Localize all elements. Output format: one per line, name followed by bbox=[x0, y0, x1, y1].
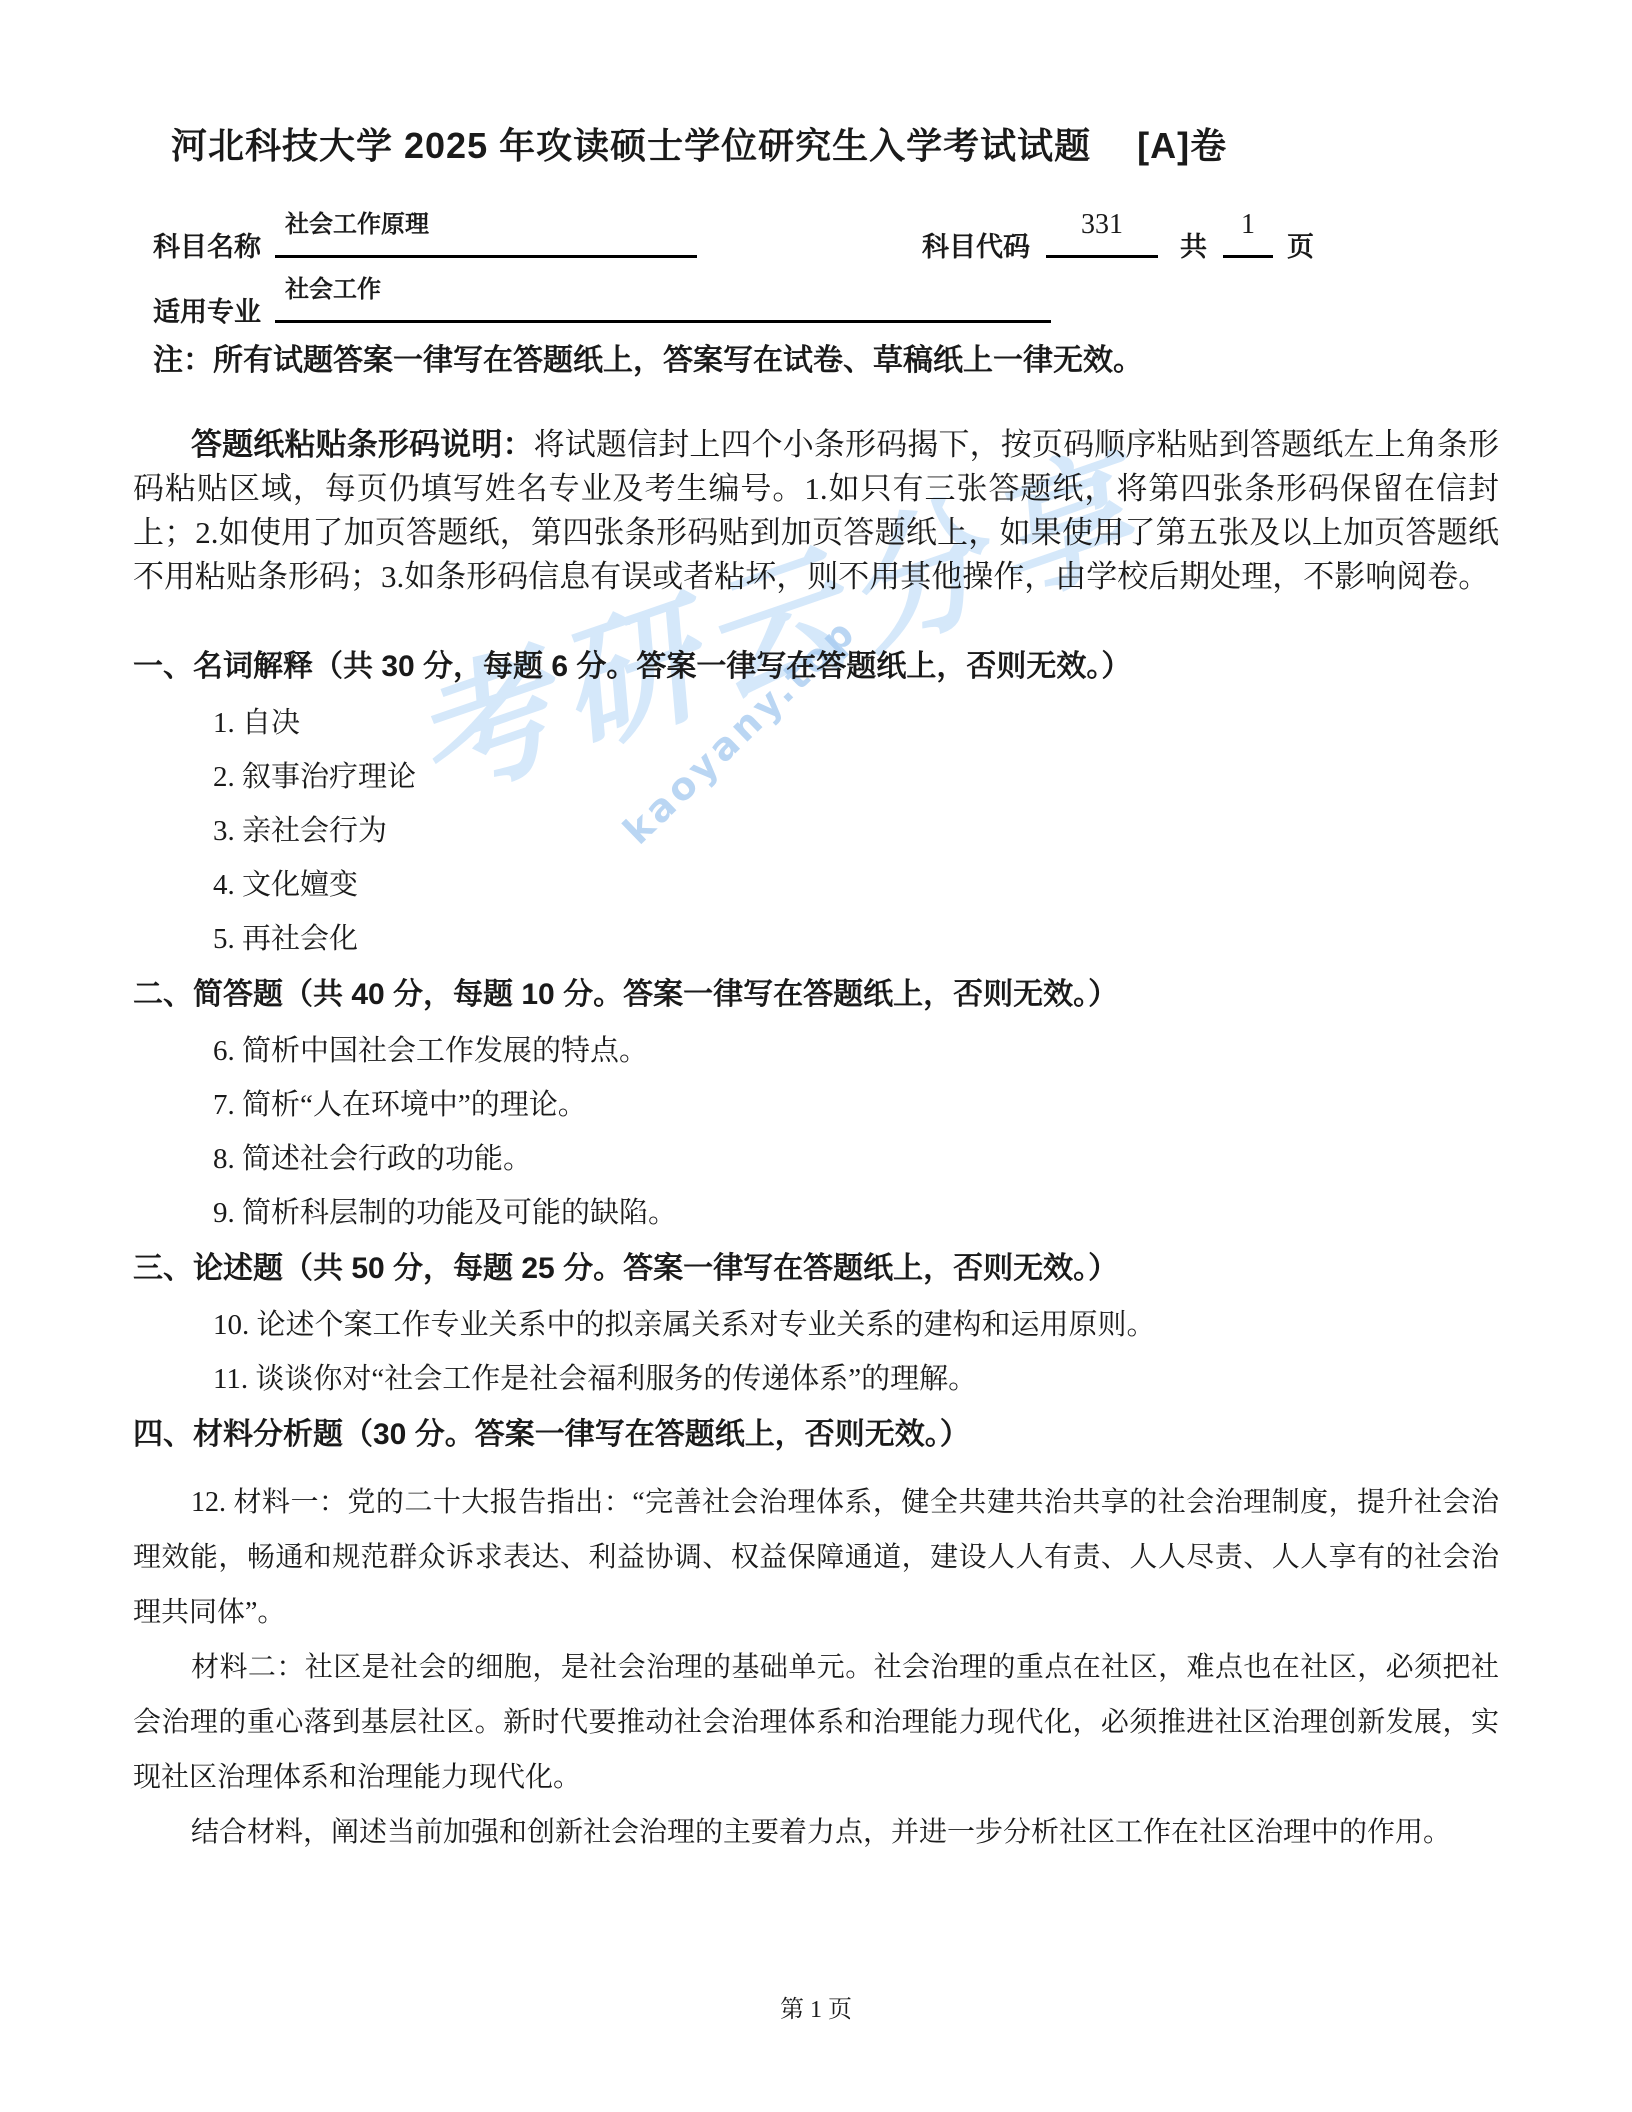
section-1-heading: 一、名词解释（共 30 分，每题 6 分。答案一律写在答题纸上，否则无效。） bbox=[133, 649, 1499, 685]
answer-sheet-note: 注：所有试题答案一律写在答题纸上，答案写在试卷、草稿纸上一律无效。 bbox=[133, 341, 1499, 381]
question-item: 1. 自决 bbox=[133, 707, 1499, 739]
question-item: 6. 简析中国社会工作发展的特点。 bbox=[133, 1035, 1499, 1067]
major-value: 社会工作 bbox=[275, 276, 1051, 323]
title-text: 河北科技大学 2025 年攻读硕士学位研究生入学考试试题 bbox=[171, 125, 1091, 166]
question-item: 8. 简述社会行政的功能。 bbox=[133, 1143, 1499, 1175]
question-item: 7. 简析“人在环境中”的理论。 bbox=[133, 1089, 1499, 1121]
subject-name-value: 社会工作原理 bbox=[275, 211, 697, 258]
question-item: 9. 简析科层制的功能及可能的缺陷。 bbox=[133, 1197, 1499, 1229]
section-3-heading: 三、论述题（共 50 分，每题 25 分。答案一律写在答题纸上，否则无效。） bbox=[133, 1251, 1499, 1287]
pages-total-label: 共 bbox=[1180, 211, 1207, 264]
section-2-short-answer: 二、简答题（共 40 分，每题 10 分。答案一律写在答题纸上，否则无效。） 6… bbox=[133, 977, 1499, 1229]
material-paragraph-2: 材料二：社区是社会的细胞，是社会治理的基础单元。社会治理的重点在社区，难点也在社… bbox=[133, 1640, 1499, 1805]
subject-code-label: 科目代码 bbox=[922, 211, 1030, 264]
page-number: 第 1 页 bbox=[0, 1989, 1632, 2024]
material-question: 结合材料，阐述当前加强和创新社会治理的主要着力点，并进一步分析社区工作在社区治理… bbox=[133, 1805, 1499, 1860]
question-item: 11. 谈谈你对“社会工作是社会福利服务的传递体系”的理解。 bbox=[133, 1363, 1499, 1395]
section-3-essay: 三、论述题（共 50 分，每题 25 分。答案一律写在答题纸上，否则无效。） 1… bbox=[133, 1251, 1499, 1395]
exam-content: 河北科技大学 2025 年攻读硕士学位研究生入学考试试题[A]卷 科目名称 社会… bbox=[133, 0, 1499, 1860]
subject-code-value: 331 bbox=[1046, 211, 1158, 258]
section-4-material-analysis: 四、材料分析题（30 分。答案一律写在答题纸上，否则无效。） 12. 材料一：党… bbox=[133, 1417, 1499, 1860]
subject-name-label: 科目名称 bbox=[153, 211, 261, 264]
major-label: 适用专业 bbox=[153, 276, 261, 329]
section-1-terms: 一、名词解释（共 30 分，每题 6 分。答案一律写在答题纸上，否则无效。） 1… bbox=[133, 649, 1499, 955]
page-title: 河北科技大学 2025 年攻读硕士学位研究生入学考试试题[A]卷 bbox=[133, 118, 1499, 169]
barcode-instructions: 答题纸粘贴条形码说明：将试题信封上四个小条形码揭下，按页码顺序粘贴到答题纸左上角… bbox=[133, 423, 1499, 599]
subject-row: 科目名称 社会工作原理 科目代码 331 共 1 页 bbox=[133, 211, 1499, 264]
paper-type-label: [A]卷 bbox=[1137, 125, 1227, 166]
barcode-instructions-lead: 答题纸粘贴条形码说明： bbox=[191, 427, 534, 462]
exam-paper-page: 考研云分享 kaoyany.top 河北科技大学 2025 年攻读硕士学位研究生… bbox=[0, 0, 1632, 2112]
pages-unit-label: 页 bbox=[1287, 211, 1314, 264]
material-paragraph-1: 12. 材料一：党的二十大报告指出：“完善社会治理体系，健全共建共治共享的社会治… bbox=[133, 1475, 1499, 1640]
question-item: 10. 论述个案工作专业关系中的拟亲属关系对专业关系的建构和运用原则。 bbox=[133, 1309, 1499, 1341]
section-2-heading: 二、简答题（共 40 分，每题 10 分。答案一律写在答题纸上，否则无效。） bbox=[133, 977, 1499, 1013]
question-item: 4. 文化嬗变 bbox=[133, 869, 1499, 901]
question-item: 5. 再社会化 bbox=[133, 923, 1499, 955]
major-row: 适用专业 社会工作 bbox=[133, 276, 1499, 329]
question-item: 2. 叙事治疗理论 bbox=[133, 761, 1499, 793]
pages-count-value: 1 bbox=[1223, 211, 1273, 258]
section-4-heading: 四、材料分析题（30 分。答案一律写在答题纸上，否则无效。） bbox=[133, 1417, 1499, 1453]
question-item: 3. 亲社会行为 bbox=[133, 815, 1499, 847]
